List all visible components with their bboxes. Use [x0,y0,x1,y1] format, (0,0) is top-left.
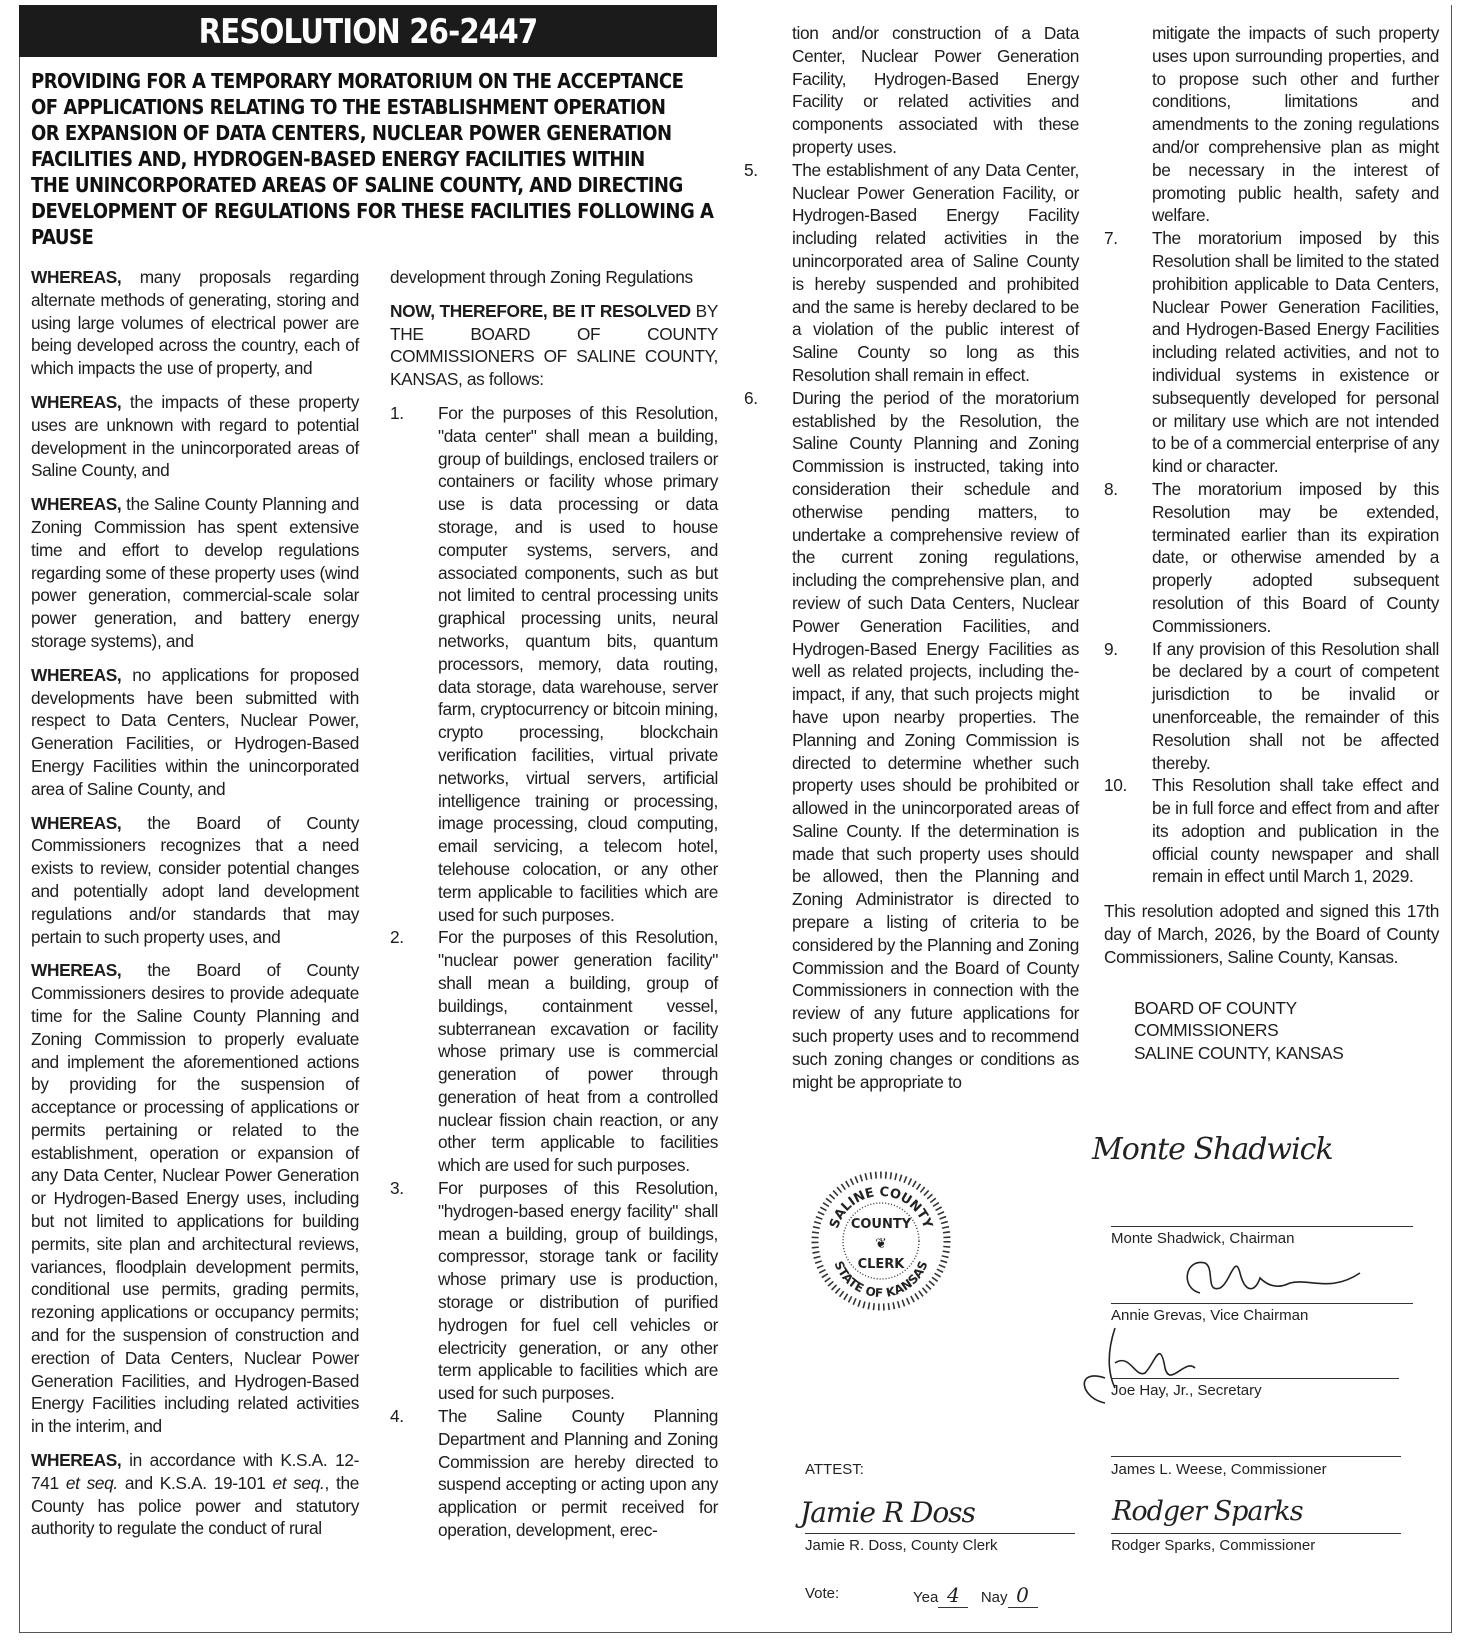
resolution-item-2: 2.For the purposes of this Resolution, "… [390,926,718,1177]
svg-text:❦: ❦ [875,1236,887,1252]
signature-line [1111,1533,1401,1534]
signature-line [1111,1303,1413,1304]
signatory-name: Joe Hay, Jr., Secretary [1111,1382,1262,1399]
resolution-item-5: 5.The establishment of any Data Center, … [744,159,1079,387]
whereas-clause: WHEREAS, the Board of County Commissione… [31,812,359,949]
resolution-item-7: 7.The moratorium imposed by this Resolut… [1104,227,1439,478]
county-clerk-seal-icon: SALINE COUNTY STATE OF KANSAS COUNTY ❦ C… [808,1168,954,1314]
vote-yea: Yea4 Nay0 [913,1583,1038,1608]
whereas-clause: WHEREAS, the Board of County Commissione… [31,959,359,1438]
resolution-item-1: 1.For the purposes of this Resolution, "… [390,402,718,926]
resolution-item-4-continued: tion and/or construction of a Data Cente… [744,22,1079,159]
resolution-item-8: 8.The moratorium imposed by this Resolut… [1104,478,1439,638]
column-1: WHEREAS, many proposals regarding altern… [31,266,359,1551]
board-heading: BOARD OF COUNTY COMMISSIONERS SALINE COU… [1104,997,1439,1065]
whereas-clause: WHEREAS, no applications for proposed de… [31,664,359,801]
resolution-item-6: 6.During the period of the moratorium es… [744,387,1079,1094]
resolution-subtitle: PROVIDING FOR A TEMPORARY MORATORIUM ON … [31,68,721,250]
signatory-name: Monte Shadwick, Chairman [1111,1230,1294,1247]
resolution-item-10: 10.This Resolution shall take effect and… [1104,774,1439,888]
resolution-title: RESOLUTION 26-2447 [19,5,717,57]
signature-vice-chairman-icon [1160,1248,1370,1308]
signatory-name: Rodger Sparks, Commissioner [1111,1537,1315,1554]
signature-line [1111,1226,1413,1227]
signature-chairman: Monte Shadwick [1092,1132,1333,1167]
signature-commissioner: Rodger Sparks [1112,1496,1303,1527]
signature-line [1111,1378,1399,1379]
signatory-name: James L. Weese, Commissioner [1111,1461,1327,1478]
resolution-item-6-continued: mitigate the impacts of such property us… [1104,22,1439,227]
resolution-item-3: 3.For purposes of this Resolution, "hydr… [390,1177,718,1405]
column-3: tion and/or construction of a Data Cente… [744,22,1079,1093]
signatory-name: Jamie R. Doss, County Clerk [805,1537,998,1554]
column-4: mitigate the impacts of such property us… [1104,22,1439,1065]
whereas-clause: WHEREAS, the impacts of these property u… [31,391,359,482]
resolved-clause: NOW, THEREFORE, BE IT RESOLVED BY THE BO… [390,300,718,391]
vote-yea-count: 4 [938,1583,968,1608]
signature-line [805,1533,1075,1534]
whereas-clause: WHEREAS, many proposals regarding altern… [31,266,359,380]
vote-label: Vote: [805,1585,839,1602]
signature-line-empty [1111,1456,1401,1457]
attest-label: ATTEST: [805,1461,864,1478]
svg-text:CLERK: CLERK [858,1257,906,1272]
signature-clerk: Jamie R Doss [800,1496,975,1529]
whereas-clause-statute: WHEREAS, in accordance with K.S.A. 12-74… [31,1449,359,1540]
svg-text:COUNTY: COUNTY [851,1217,912,1232]
column-2: development through Zoning Regulations N… [390,266,718,1542]
resolution-item-4: 4.The Saline County Planning Department … [390,1405,718,1542]
whereas-continued: development through Zoning Regulations [390,266,718,289]
whereas-clause: WHEREAS, the Saline County Planning and … [31,493,359,653]
resolution-item-9: 9.If any provision of this Resolution sh… [1104,638,1439,775]
adoption-statement: This resolution adopted and signed this … [1104,900,1439,968]
vote-nay-count: 0 [1008,1583,1038,1608]
